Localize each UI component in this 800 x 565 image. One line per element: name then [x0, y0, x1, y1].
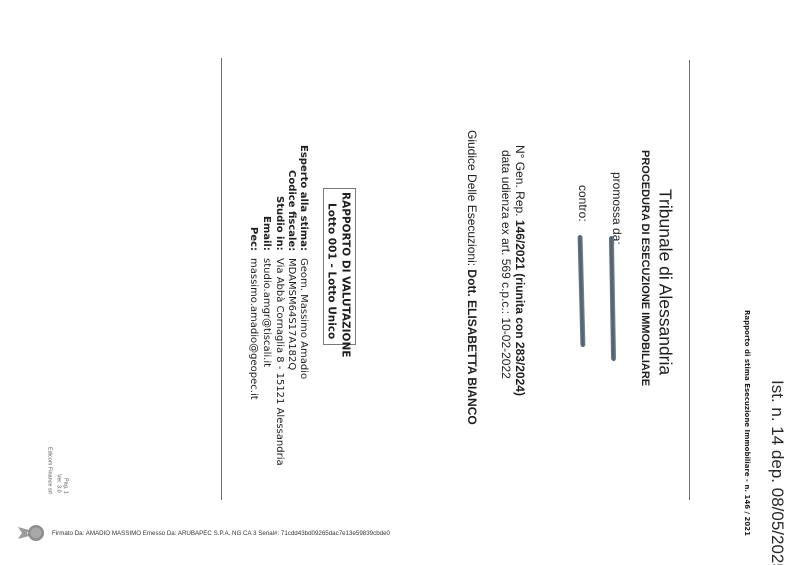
- signature-text: Firmato Da: AMADIO MASSIMO Emesso Da: AR…: [52, 530, 390, 537]
- hearing-date: data udienza ex art. 569 c.p.c.: 10-02-2…: [500, 150, 512, 379]
- report-title: RAPPORTO DI VALUTAZIONE: [340, 192, 351, 357]
- email-label: Email:: [261, 216, 271, 251]
- redaction-mark: [578, 235, 586, 347]
- pec-label: Pec:: [248, 227, 258, 251]
- pec-value[interactable]: massimo.amadio@geopec.it: [248, 258, 258, 400]
- digital-signature: Firmato Da: AMADIO MASSIMO Emesso Da: AR…: [16, 522, 390, 544]
- procedure-subtitle: PROCEDURA DI ESECUZIONE IMMOBILIARE: [639, 150, 650, 386]
- expert-name: Geom. Massimo Amadio: [298, 258, 308, 379]
- lot-title: Lotto 001 - Lotto Unico: [326, 203, 337, 339]
- redaction-mark: [609, 236, 616, 361]
- page-number: Pag. 1: [62, 478, 68, 494]
- rep-label: N° Gen. Rep.: [513, 145, 527, 220]
- expert-label: Esperto alla stima:: [298, 145, 308, 251]
- deposit-stamp: Ist. n. 14 dep. 08/05/2025: [769, 380, 786, 565]
- judge: Giudice Delle Esecuzioni: Dott. ELISABET…: [466, 130, 478, 425]
- office-label: Studio in:: [274, 196, 284, 251]
- header-divider: [689, 60, 690, 500]
- tax-code-label: Codice fiscale:: [286, 170, 296, 251]
- judge-label: Giudice Delle Esecuzioni:: [465, 130, 479, 269]
- tax-code-value: MDAMSM64S17A182Q: [286, 258, 296, 370]
- running-header: Rapporto di stima Esecuzione Immobiliare…: [743, 310, 750, 536]
- footer-divider: [221, 58, 222, 500]
- email-value[interactable]: studio.amgr@tiscali.it: [261, 258, 271, 367]
- contro-label: contro:: [577, 185, 589, 222]
- court-title: Tribunale di Alessandria: [656, 189, 674, 375]
- version: Ver. 3.0: [55, 474, 61, 493]
- general-register-number: N° Gen. Rep. 146/2021 (riunita con 283/2…: [514, 145, 526, 396]
- publisher: Edicom Finance srl: [46, 447, 52, 494]
- rep-value: 146/2021 (riunita con 283/2024): [513, 220, 527, 396]
- promossa-label: promossa da:: [611, 172, 623, 245]
- judge-name: Dott. ELISABETTA BIANCO: [465, 269, 479, 424]
- office-address: Via Abbà Cornaglia 8 - 15121 Alessandria: [274, 258, 284, 466]
- seal-ribbon-icon: [16, 522, 46, 544]
